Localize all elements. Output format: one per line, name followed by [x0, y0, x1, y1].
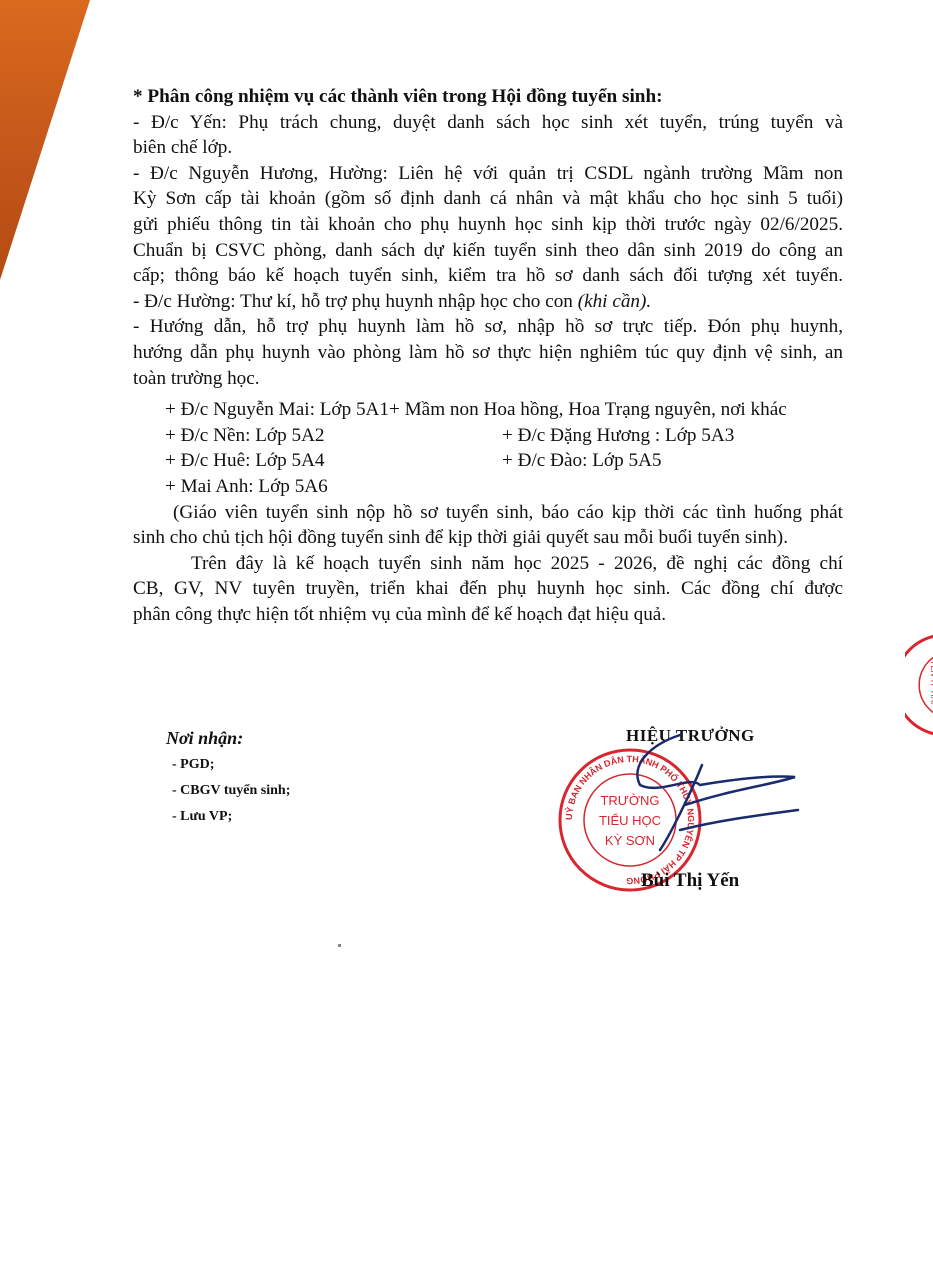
side-stamp-fragment: YÊN TP HẢI	[905, 630, 933, 740]
text-span: - Đ/c Hường: Thư kí, hỗ trợ phụ huynh nh…	[133, 291, 578, 312]
recipient-item: - CBGV tuyển sinh;	[166, 783, 290, 799]
assignment-hue: + Đ/c Huê: Lớp 5A4	[165, 448, 502, 474]
assignment-dang-huong: + Đ/c Đặng Hương : Lớp 5A3	[502, 423, 734, 449]
assignment-row: + Đ/c Huê: Lớp 5A4 + Đ/c Đào: Lớp 5A5	[133, 448, 843, 474]
speck	[338, 944, 341, 947]
assignment-dao: + Đ/c Đào: Lớp 5A5	[502, 448, 662, 474]
document-body: * Phân công nhiệm vụ các thành viên tron…	[133, 84, 843, 627]
assignment-mai: + Đ/c Nguyễn Mai: Lớp 5A1+ Mầm non Hoa h…	[133, 397, 843, 423]
text-line: cấp; thông báo kế hoạch tuyển sinh, kiểm…	[133, 263, 843, 289]
assignment-row: + Đ/c Nền: Lớp 5A2 + Đ/c Đặng Hương : Lớ…	[133, 423, 843, 449]
assignment-mai-anh: + Mai Anh: Lớp 5A6	[133, 474, 843, 500]
text-line: biên chế lớp.	[133, 135, 843, 161]
closing-note-line: (Giáo viên tuyển sinh nộp hồ sơ tuyển si…	[133, 500, 843, 526]
text-line: - Đ/c Hường: Thư kí, hỗ trợ phụ huynh nh…	[133, 289, 843, 315]
recipients-title: Nơi nhận:	[166, 728, 290, 749]
signer-name: Bùi Thị Yến	[641, 870, 739, 892]
table-surface-background	[0, 0, 90, 280]
closing-final-line: phân công thực hiện tốt nhiệm vụ của mìn…	[133, 602, 843, 628]
section-heading: * Phân công nhiệm vụ các thành viên tron…	[133, 84, 843, 110]
side-stamp-text: YÊN TP HẢI	[929, 660, 933, 704]
closing-note-line: sinh cho chủ tịch hội đồng tuyển sinh để…	[133, 525, 843, 551]
text-line: - Đ/c Yến: Phụ trách chung, duyệt danh s…	[133, 110, 843, 136]
assignment-nen: + Đ/c Nền: Lớp 5A2	[165, 423, 502, 449]
recipient-item: - Lưu VP;	[166, 809, 290, 825]
text-line: toàn trường học.	[133, 366, 843, 392]
text-line: hướng dẫn phụ huynh vào phòng làm hồ sơ …	[133, 340, 843, 366]
note-italic: (khi cần).	[578, 291, 652, 312]
handwritten-signature	[610, 725, 800, 875]
recipients-block: Nơi nhận: - PGD; - CBGV tuyển sinh; - Lư…	[166, 728, 290, 835]
text-line: gửi phiếu thông tin tài khoản cho phụ hu…	[133, 212, 843, 238]
closing-final-line: CB, GV, NV tuyên truyền, triển khai đến …	[133, 576, 843, 602]
text-line: Chuẩn bị CSVC phòng, danh sách dự kiến t…	[133, 238, 843, 264]
recipient-item: - PGD;	[166, 757, 290, 773]
text-line: - Hướng dẫn, hỗ trợ phụ huynh làm hồ sơ,…	[133, 314, 843, 340]
text-line: Kỳ Sơn cấp tài khoản (gồm số định danh c…	[133, 186, 843, 212]
text-line: - Đ/c Nguyễn Hương, Hường: Liên hệ với q…	[133, 161, 843, 187]
closing-final-line: Trên đây là kế hoạch tuyển sinh năm học …	[133, 551, 843, 577]
